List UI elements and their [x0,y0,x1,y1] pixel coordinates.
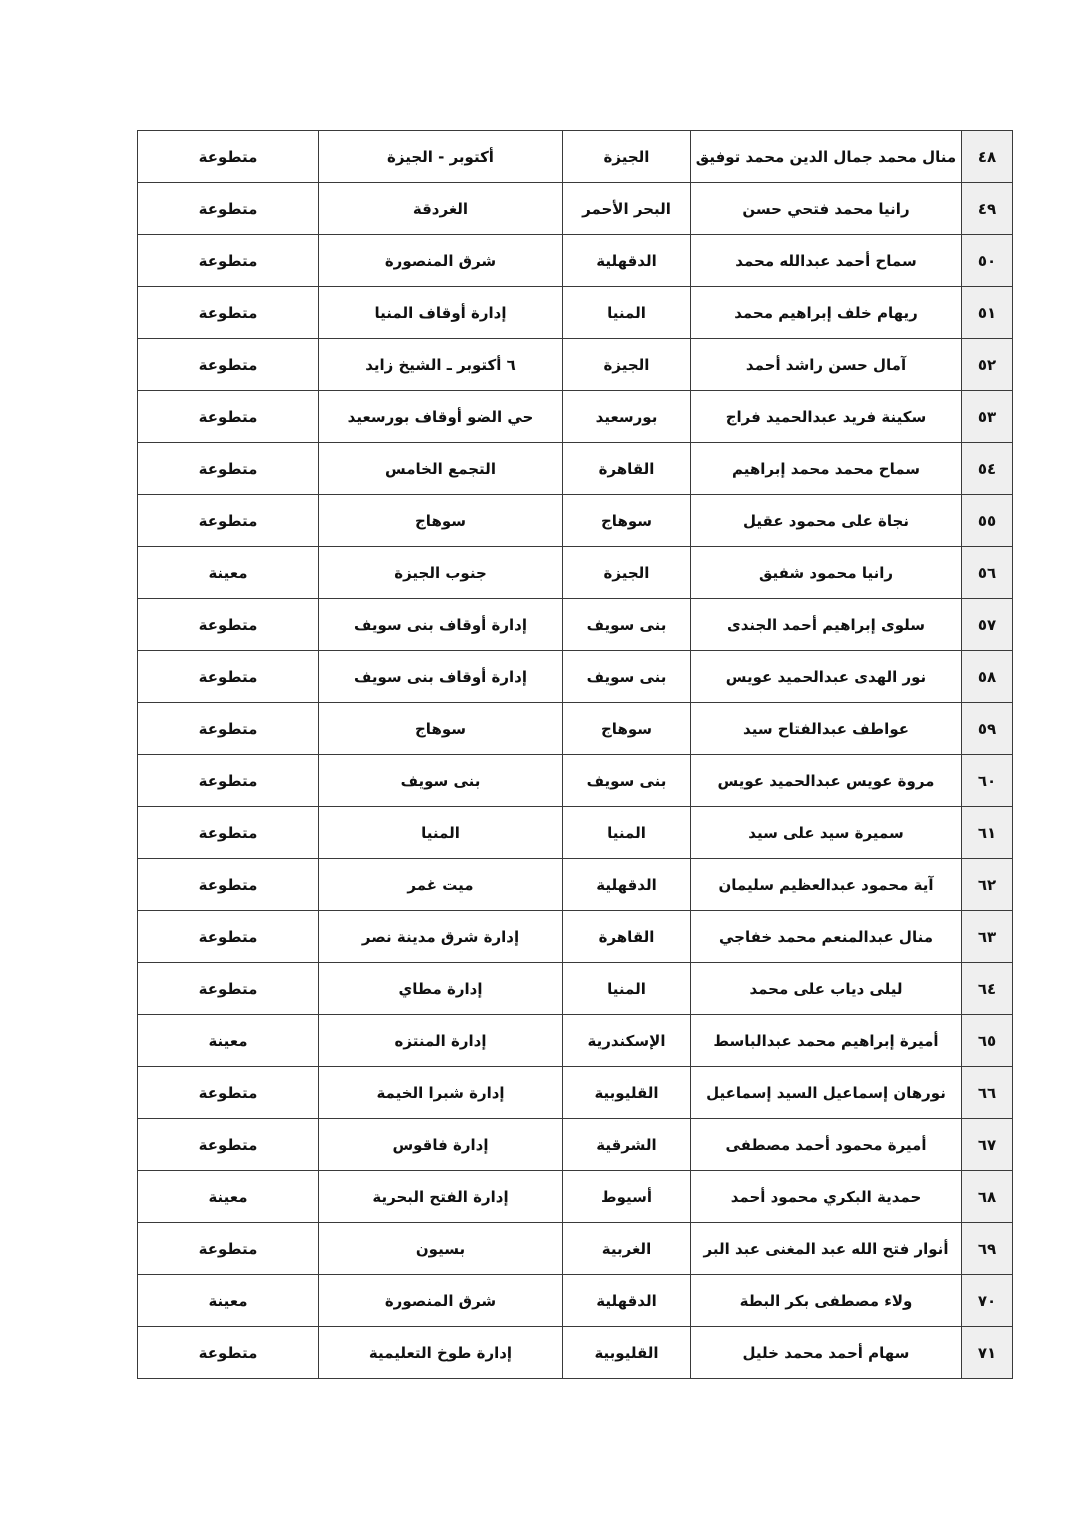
governorate-cell: الجيزة [563,547,691,599]
row-number-cell: ٥٥ [962,495,1013,547]
table-row: ٤٨منال محمد جمال الدين محمد توفيقالجيزةأ… [138,131,1013,183]
table-row: ٦٩أنوار فتح الله عبد المغنى عبد البرالغر… [138,1223,1013,1275]
name-cell: أميرة إبراهيم محمد عبدالباسط [691,1015,962,1067]
row-number-cell: ٦٦ [962,1067,1013,1119]
table-row: ٥٨نور الهدى عبدالحميد عويسبنى سويفإدارة … [138,651,1013,703]
row-number-cell: ٦٢ [962,859,1013,911]
name-cell: نور الهدى عبدالحميد عويس [691,651,962,703]
name-cell: ريهام خلف إبراهيم محمد [691,287,962,339]
directorate-cell: التجمع الخامس [319,443,563,495]
directorate-cell: المنيا [319,807,563,859]
directorate-cell: إدارة فاقوس [319,1119,563,1171]
directorate-cell: سوهاج [319,495,563,547]
table-row: ٦٨حمدية البكري محمود أحمدأسيوطإدارة الفت… [138,1171,1013,1223]
name-cell: سميرة سيد على سيد [691,807,962,859]
status-cell: متطوعة [138,651,319,703]
directorate-cell: جنوب الجيزة [319,547,563,599]
governorate-cell: القاهرة [563,443,691,495]
directorate-cell: أكتوبر - الجيزة [319,131,563,183]
governorate-cell: المنيا [563,807,691,859]
status-cell: متطوعة [138,495,319,547]
table-row: ٧٠ولاء مصطفى بكر البطةالدقهليةشرق المنصو… [138,1275,1013,1327]
governorate-cell: الإسكندرية [563,1015,691,1067]
table-row: ٦٦نورهان إسماعيل السيد إسماعيلالقليوبيةإ… [138,1067,1013,1119]
directorate-cell: بنى سويف [319,755,563,807]
governorate-cell: البحر الأحمر [563,183,691,235]
name-cell: سماح أحمد عبدالله محمد [691,235,962,287]
name-cell: ولاء مصطفى بكر البطة [691,1275,962,1327]
status-cell: متطوعة [138,183,319,235]
name-cell: سهام أحمد محمد خليل [691,1327,962,1379]
governorate-cell: القليوبية [563,1327,691,1379]
status-cell: متطوعة [138,1327,319,1379]
status-cell: متطوعة [138,599,319,651]
governorate-cell: الدقهلية [563,859,691,911]
document-page: ٤٨منال محمد جمال الدين محمد توفيقالجيزةأ… [0,0,1080,1528]
directorate-cell: حي الضو أوقاف بورسعيد [319,391,563,443]
row-number-cell: ٦٠ [962,755,1013,807]
row-number-cell: ٥٢ [962,339,1013,391]
name-cell: سماح محمد محمد إبراهيم [691,443,962,495]
directorate-cell: شرق المنصورة [319,1275,563,1327]
table-row: ٥٦رانيا محمود شفيقالجيزةجنوب الجيزةمعينة [138,547,1013,599]
status-cell: متطوعة [138,807,319,859]
governorate-cell: الدقهلية [563,235,691,287]
directorate-cell: إدارة أوقاف بنى سويف [319,599,563,651]
governorate-cell: أسيوط [563,1171,691,1223]
row-number-cell: ٧١ [962,1327,1013,1379]
name-cell: حمدية البكري محمود أحمد [691,1171,962,1223]
table-row: ٥٠سماح أحمد عبدالله محمدالدقهليةشرق المن… [138,235,1013,287]
name-cell: رانيا محمود شفيق [691,547,962,599]
table-row: ٥٩عواطف عبدالفتاح سيدسوهاجسوهاجمتطوعة [138,703,1013,755]
name-cell: سلوى إبراهيم أحمد الجندى [691,599,962,651]
table-row: ٥١ريهام خلف إبراهيم محمدالمنياإدارة أوقا… [138,287,1013,339]
directorate-cell: ٦ أكتوبر ـ الشيخ زايد [319,339,563,391]
row-number-cell: ٥٩ [962,703,1013,755]
status-cell: متطوعة [138,1119,319,1171]
governorate-cell: بنى سويف [563,651,691,703]
name-cell: آية محمود عبدالعظيم سليمان [691,859,962,911]
status-cell: متطوعة [138,703,319,755]
name-cell: آمال حسن راشد أحمد [691,339,962,391]
table-row: ٥٤سماح محمد محمد إبراهيمالقاهرةالتجمع ال… [138,443,1013,495]
directorate-cell: سوهاج [319,703,563,755]
status-cell: معينة [138,1171,319,1223]
status-cell: متطوعة [138,339,319,391]
status-cell: متطوعة [138,755,319,807]
governorate-cell: سوهاج [563,703,691,755]
status-cell: متطوعة [138,287,319,339]
table-row: ٥٥نجاة على محمود عقيلسوهاجسوهاجمتطوعة [138,495,1013,547]
governorate-cell: القليوبية [563,1067,691,1119]
table-row: ٦١سميرة سيد على سيدالمنياالمنيامتطوعة [138,807,1013,859]
table-row: ٥٣سكينة فريد عبدالحميد فراجبورسعيدحي الض… [138,391,1013,443]
table-row: ٧١سهام أحمد محمد خليلالقليوبيةإدارة طوخ … [138,1327,1013,1379]
governorate-cell: بورسعيد [563,391,691,443]
governorate-cell: سوهاج [563,495,691,547]
row-number-cell: ٥١ [962,287,1013,339]
row-number-cell: ٦٤ [962,963,1013,1015]
governorate-cell: الغربية [563,1223,691,1275]
name-cell: نورهان إسماعيل السيد إسماعيل [691,1067,962,1119]
governorate-cell: القاهرة [563,911,691,963]
status-cell: متطوعة [138,443,319,495]
row-number-cell: ٦٣ [962,911,1013,963]
directorate-cell: إدارة شرق مدينة نصر [319,911,563,963]
status-cell: معينة [138,1015,319,1067]
name-cell: رانيا محمد فتحي حسن [691,183,962,235]
governorate-cell: الدقهلية [563,1275,691,1327]
directorate-cell: إدارة أوقاف بنى سويف [319,651,563,703]
row-number-cell: ٥٨ [962,651,1013,703]
governorate-cell: بنى سويف [563,755,691,807]
status-cell: متطوعة [138,911,319,963]
name-cell: منال محمد جمال الدين محمد توفيق [691,131,962,183]
row-number-cell: ٦١ [962,807,1013,859]
table-row: ٦٠مروة عويس عبدالحميد عويسبنى سويفبنى سو… [138,755,1013,807]
governorate-cell: المنيا [563,963,691,1015]
table-row: ٦٢آية محمود عبدالعظيم سليمانالدقهليةميت … [138,859,1013,911]
row-number-cell: ٦٨ [962,1171,1013,1223]
row-number-cell: ٧٠ [962,1275,1013,1327]
table-row: ٦٧أميرة محمود أحمد مصطفىالشرقيةإدارة فاق… [138,1119,1013,1171]
row-number-cell: ٥٦ [962,547,1013,599]
status-cell: معينة [138,1275,319,1327]
status-cell: متطوعة [138,859,319,911]
row-number-cell: ٦٥ [962,1015,1013,1067]
table-row: ٥٧سلوى إبراهيم أحمد الجندىبنى سويفإدارة … [138,599,1013,651]
row-number-cell: ٤٨ [962,131,1013,183]
status-cell: متطوعة [138,391,319,443]
row-number-cell: ٦٩ [962,1223,1013,1275]
directorate-cell: إدارة أوقاف المنيا [319,287,563,339]
table-row: ٦٤ليلى دياب على محمدالمنياإدارة مطايمتطو… [138,963,1013,1015]
table-row: ٦٣منال عبدالمنعم محمد خفاجيالقاهرةإدارة … [138,911,1013,963]
name-cell: مروة عويس عبدالحميد عويس [691,755,962,807]
governorate-cell: بنى سويف [563,599,691,651]
governorate-cell: الجيزة [563,131,691,183]
row-number-cell: ٦٧ [962,1119,1013,1171]
name-cell: أنوار فتح الله عبد المغنى عبد البر [691,1223,962,1275]
row-number-cell: ٥٤ [962,443,1013,495]
name-cell: أميرة محمود أحمد مصطفى [691,1119,962,1171]
status-cell: متطوعة [138,1223,319,1275]
row-number-cell: ٥٠ [962,235,1013,287]
row-number-cell: ٥٣ [962,391,1013,443]
name-cell: منال عبدالمنعم محمد خفاجي [691,911,962,963]
table-row: ٥٢آمال حسن راشد أحمدالجيزة٦ أكتوبر ـ الش… [138,339,1013,391]
directorate-cell: بسيون [319,1223,563,1275]
row-number-cell: ٤٩ [962,183,1013,235]
directorate-cell: إدارة شبرا الخيمة [319,1067,563,1119]
directorate-cell: الغردقة [319,183,563,235]
directorate-cell: إدارة مطاي [319,963,563,1015]
governorate-cell: الشرقية [563,1119,691,1171]
name-cell: سكينة فريد عبدالحميد فراج [691,391,962,443]
status-cell: متطوعة [138,1067,319,1119]
name-cell: عواطف عبدالفتاح سيد [691,703,962,755]
directorate-cell: إدارة طوخ التعليمية [319,1327,563,1379]
governorate-cell: الجيزة [563,339,691,391]
status-cell: معينة [138,547,319,599]
directorate-cell: إدارة الفتح البحرية [319,1171,563,1223]
name-cell: نجاة على محمود عقيل [691,495,962,547]
directorate-cell: ميت غمر [319,859,563,911]
table-row: ٤٩رانيا محمد فتحي حسنالبحر الأحمرالغردقة… [138,183,1013,235]
roster-table-body: ٤٨منال محمد جمال الدين محمد توفيقالجيزةأ… [138,131,1013,1379]
row-number-cell: ٥٧ [962,599,1013,651]
governorate-cell: المنيا [563,287,691,339]
directorate-cell: شرق المنصورة [319,235,563,287]
roster-table: ٤٨منال محمد جمال الدين محمد توفيقالجيزةأ… [137,130,1013,1379]
status-cell: متطوعة [138,963,319,1015]
name-cell: ليلى دياب على محمد [691,963,962,1015]
directorate-cell: إدارة المنتزه [319,1015,563,1067]
table-row: ٦٥أميرة إبراهيم محمد عبدالباسطالإسكندرية… [138,1015,1013,1067]
status-cell: متطوعة [138,131,319,183]
status-cell: متطوعة [138,235,319,287]
